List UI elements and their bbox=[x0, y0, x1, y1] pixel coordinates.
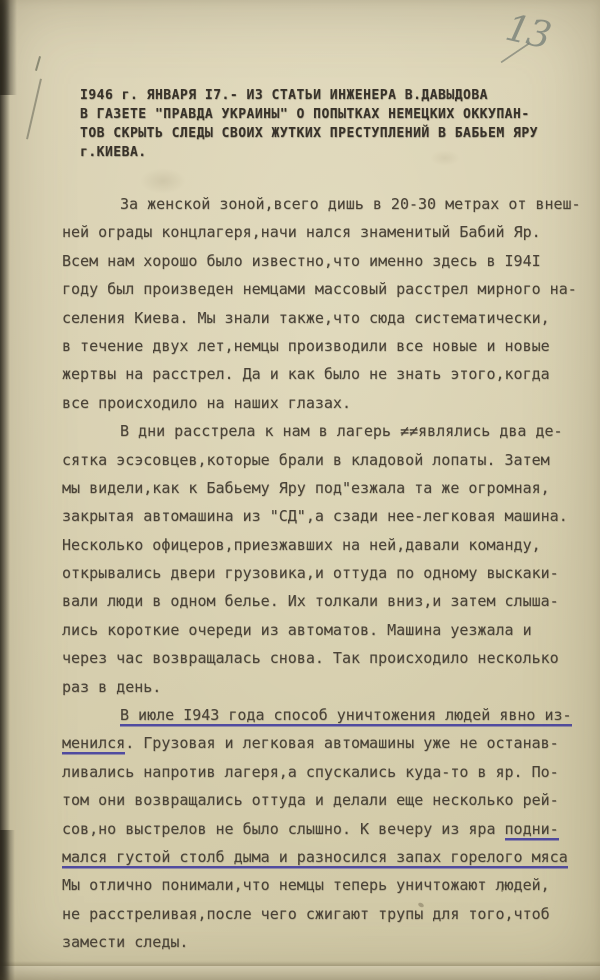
document-line: мы видели,как к Бабьему Яру под"езжала т… bbox=[62, 474, 594, 502]
document-line: том они возвращались оттуда и делали еще… bbox=[62, 786, 594, 814]
underlined-text: подни- bbox=[505, 820, 559, 838]
text-segment: не расстреливая,после чего сжигают трупы… bbox=[62, 905, 550, 923]
document-header: I946 г. ЯНВАРЯ I7.- ИЗ СТАТЬИ ИНЖЕНЕРА В… bbox=[80, 86, 580, 162]
text-segment: Всем нам хорошо было известно,что именно… bbox=[62, 252, 541, 270]
text-segment: За женской зоной,всего дишь в 20-30 метр… bbox=[120, 195, 581, 213]
document-page: 13 I946 г. ЯНВАРЯ I7.- ИЗ СТАТЬИ ИНЖЕНЕР… bbox=[0, 0, 600, 980]
scan-corner-bottom-left bbox=[0, 830, 15, 980]
underlined-text: менился bbox=[62, 734, 125, 752]
text-segment: в течение двух лет,немцы производили все… bbox=[62, 337, 550, 355]
text-segment: лись короткие очереди из автоматов. Маши… bbox=[62, 621, 532, 639]
header-line: I946 г. ЯНВАРЯ I7.- ИЗ СТАТЬИ ИНЖЕНЕРА В… bbox=[80, 86, 580, 105]
paragraph: В июле I943 года способ уничтожения люде… bbox=[62, 701, 594, 957]
text-segment: жертвы на расстрел. Да и как было не зна… bbox=[62, 365, 550, 383]
text-segment: сов,но выстрелов не было слышно. К вечер… bbox=[62, 820, 505, 838]
document-line: мался густой столб дыма и разносился зап… bbox=[62, 843, 594, 871]
document-line: году был произведен немцами массовый рас… bbox=[62, 275, 594, 303]
header-line: г.КИЕВА. bbox=[80, 143, 580, 162]
text-segment: В дни расстрела к нам в лагерь ≠≠являлис… bbox=[120, 422, 563, 440]
document-line: сятка эсэсовцев,которые брали в кладовой… bbox=[62, 446, 594, 474]
page-number-handwritten: 13 bbox=[502, 6, 554, 58]
document-line: открывались двери грузовика,и оттуда по … bbox=[62, 559, 594, 587]
scan-bottom-edge bbox=[0, 966, 600, 980]
text-segment: через час возвращалась снова. Так происх… bbox=[62, 649, 559, 667]
text-segment: все происходило на наших глазах. bbox=[62, 394, 351, 412]
corner-pencil-mark bbox=[26, 79, 42, 140]
document-line: менился. Грузовая и легковая автомашины … bbox=[62, 729, 594, 757]
document-line: За женской зоной,всего дишь в 20-30 метр… bbox=[62, 190, 594, 218]
document-line: В дни расстрела к нам в лагерь ≠≠являлис… bbox=[62, 417, 594, 445]
text-segment: вали люди в одном белье. Их толкали вниз… bbox=[62, 592, 559, 610]
text-segment: ливались напротив лагеря,а спускались ку… bbox=[62, 763, 559, 781]
text-segment: . Грузовая и легковая автомашины уже не … bbox=[125, 734, 558, 752]
document-line: Всем нам хорошо было известно,что именно… bbox=[62, 247, 594, 275]
document-body: За женской зоной,всего дишь в 20-30 метр… bbox=[62, 190, 594, 957]
corner-pencil-mark bbox=[35, 56, 41, 71]
document-line: в течение двух лет,немцы производили все… bbox=[62, 332, 594, 360]
underlined-text: мался густой столб дыма и разносился зап… bbox=[62, 848, 568, 866]
scan-corner-top-left bbox=[0, 0, 17, 95]
document-line: не расстреливая,после чего сжигают трупы… bbox=[62, 900, 594, 928]
document-line: селения Киева. Мы знали также,что сюда с… bbox=[62, 304, 594, 332]
text-segment: замести следы. bbox=[62, 933, 188, 951]
text-segment: закрытая автомашина из "СД",а сзади нее-… bbox=[62, 507, 568, 525]
document-line: лись короткие очереди из автоматов. Маши… bbox=[62, 616, 594, 644]
document-line: В июле I943 года способ уничтожения люде… bbox=[62, 701, 594, 729]
document-line: вали люди в одном белье. Их толкали вниз… bbox=[62, 587, 594, 615]
text-segment: ней ограды концлагеря,начи нался знамени… bbox=[62, 223, 541, 241]
document-line: ливались напротив лагеря,а спускались ку… bbox=[62, 758, 594, 786]
document-line: раз в день. bbox=[62, 673, 594, 701]
text-segment: Мы отлично понимали,что немцы теперь уни… bbox=[62, 876, 550, 894]
text-segment: том они возвращались оттуда и делали еще… bbox=[62, 791, 559, 809]
text-segment: Несколько офицеров,приезжавших на ней,да… bbox=[62, 536, 541, 554]
text-segment: раз в день. bbox=[62, 678, 161, 696]
document-line: через час возвращалась снова. Так происх… bbox=[62, 644, 594, 672]
header-line: ТОВ СКРЫТЬ СЛЕДЫ СВОИХ ЖУТКИХ ПРЕСТУПЛЕН… bbox=[80, 124, 580, 143]
document-line: жертвы на расстрел. Да и как было не зна… bbox=[62, 360, 594, 388]
header-line: В ГАЗЕТЕ "ПРАВДА УКРАИНЫ" О ПОПЫТКАХ НЕМ… bbox=[80, 105, 580, 124]
document-line: Мы отлично понимали,что немцы теперь уни… bbox=[62, 871, 594, 899]
text-segment: году был произведен немцами массовый рас… bbox=[62, 280, 577, 298]
text-segment: мы видели,как к Бабьему Яру под"езжала т… bbox=[62, 479, 550, 497]
text-segment: селения Киева. Мы знали также,что сюда с… bbox=[62, 309, 550, 327]
document-line: закрытая автомашина из "СД",а сзади нее-… bbox=[62, 502, 594, 530]
paragraph: В дни расстрела к нам в лагерь ≠≠являлис… bbox=[62, 417, 594, 701]
document-line: Несколько офицеров,приезжавших на ней,да… bbox=[62, 531, 594, 559]
text-segment: открывались двери грузовика,и оттуда по … bbox=[62, 564, 559, 582]
text-segment: сятка эсэсовцев,которые брали в кладовой… bbox=[62, 451, 550, 469]
document-line: все происходило на наших глазах. bbox=[62, 389, 594, 417]
document-line: замести следы. bbox=[62, 928, 594, 956]
underlined-text: В июле I943 года способ уничтожения люде… bbox=[120, 706, 572, 724]
paragraph: За женской зоной,всего дишь в 20-30 метр… bbox=[62, 190, 594, 417]
document-line: сов,но выстрелов не было слышно. К вечер… bbox=[62, 815, 594, 843]
document-line: ней ограды концлагеря,начи нался знамени… bbox=[62, 218, 594, 246]
